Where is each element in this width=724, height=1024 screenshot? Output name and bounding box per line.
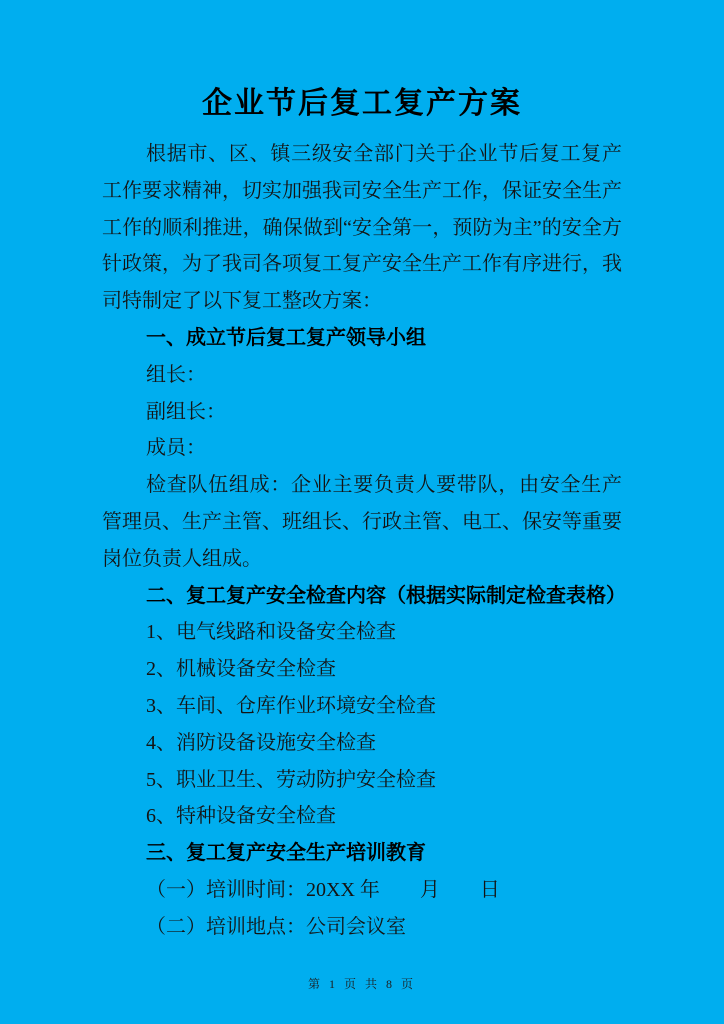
intro-paragraph: 根据市、区、镇三级安全部门关于企业节后复工复产工作要求精神，切实加强我司安全生产… xyxy=(102,136,622,320)
training-time-line: （一）培训时间：20XX 年 月 日 xyxy=(102,872,622,909)
role-line-leader: 组长： xyxy=(102,357,622,394)
section-1-heading: 一、成立节后复工复产领导小组 xyxy=(102,320,622,357)
training-location-line: （二）培训地点：公司会议室 xyxy=(102,909,622,946)
document-title: 企业节后复工复产方案 xyxy=(102,86,622,122)
inspection-item-1: 1、电气线路和设备安全检查 xyxy=(102,614,622,651)
document-page: 企业节后复工复产方案 根据市、区、镇三级安全部门关于企业节后复工复产工作要求精神… xyxy=(0,0,724,1024)
role-line-deputy-leader: 副组长： xyxy=(102,394,622,431)
section-2-heading: 二、复工复产安全检查内容（根据实际制定检查表格） xyxy=(102,578,622,615)
inspection-item-3: 3、车间、仓库作业环境安全检查 xyxy=(102,688,622,725)
team-composition-paragraph: 检查队伍组成：企业主要负责人要带队，由安全生产管理员、生产主管、班组长、行政主管… xyxy=(102,467,622,577)
inspection-item-2: 2、机械设备安全检查 xyxy=(102,651,622,688)
inspection-item-6: 6、特种设备安全检查 xyxy=(102,798,622,835)
section-3-heading: 三、复工复产安全生产培训教育 xyxy=(102,835,622,872)
document-body: 企业节后复工复产方案 根据市、区、镇三级安全部门关于企业节后复工复产工作要求精神… xyxy=(102,86,622,946)
role-line-members: 成员： xyxy=(102,430,622,467)
inspection-item-5: 5、职业卫生、劳动防护安全检查 xyxy=(102,762,622,799)
page-number: 第 1 页 共 8 页 xyxy=(0,975,724,992)
inspection-item-4: 4、消防设备设施安全检查 xyxy=(102,725,622,762)
